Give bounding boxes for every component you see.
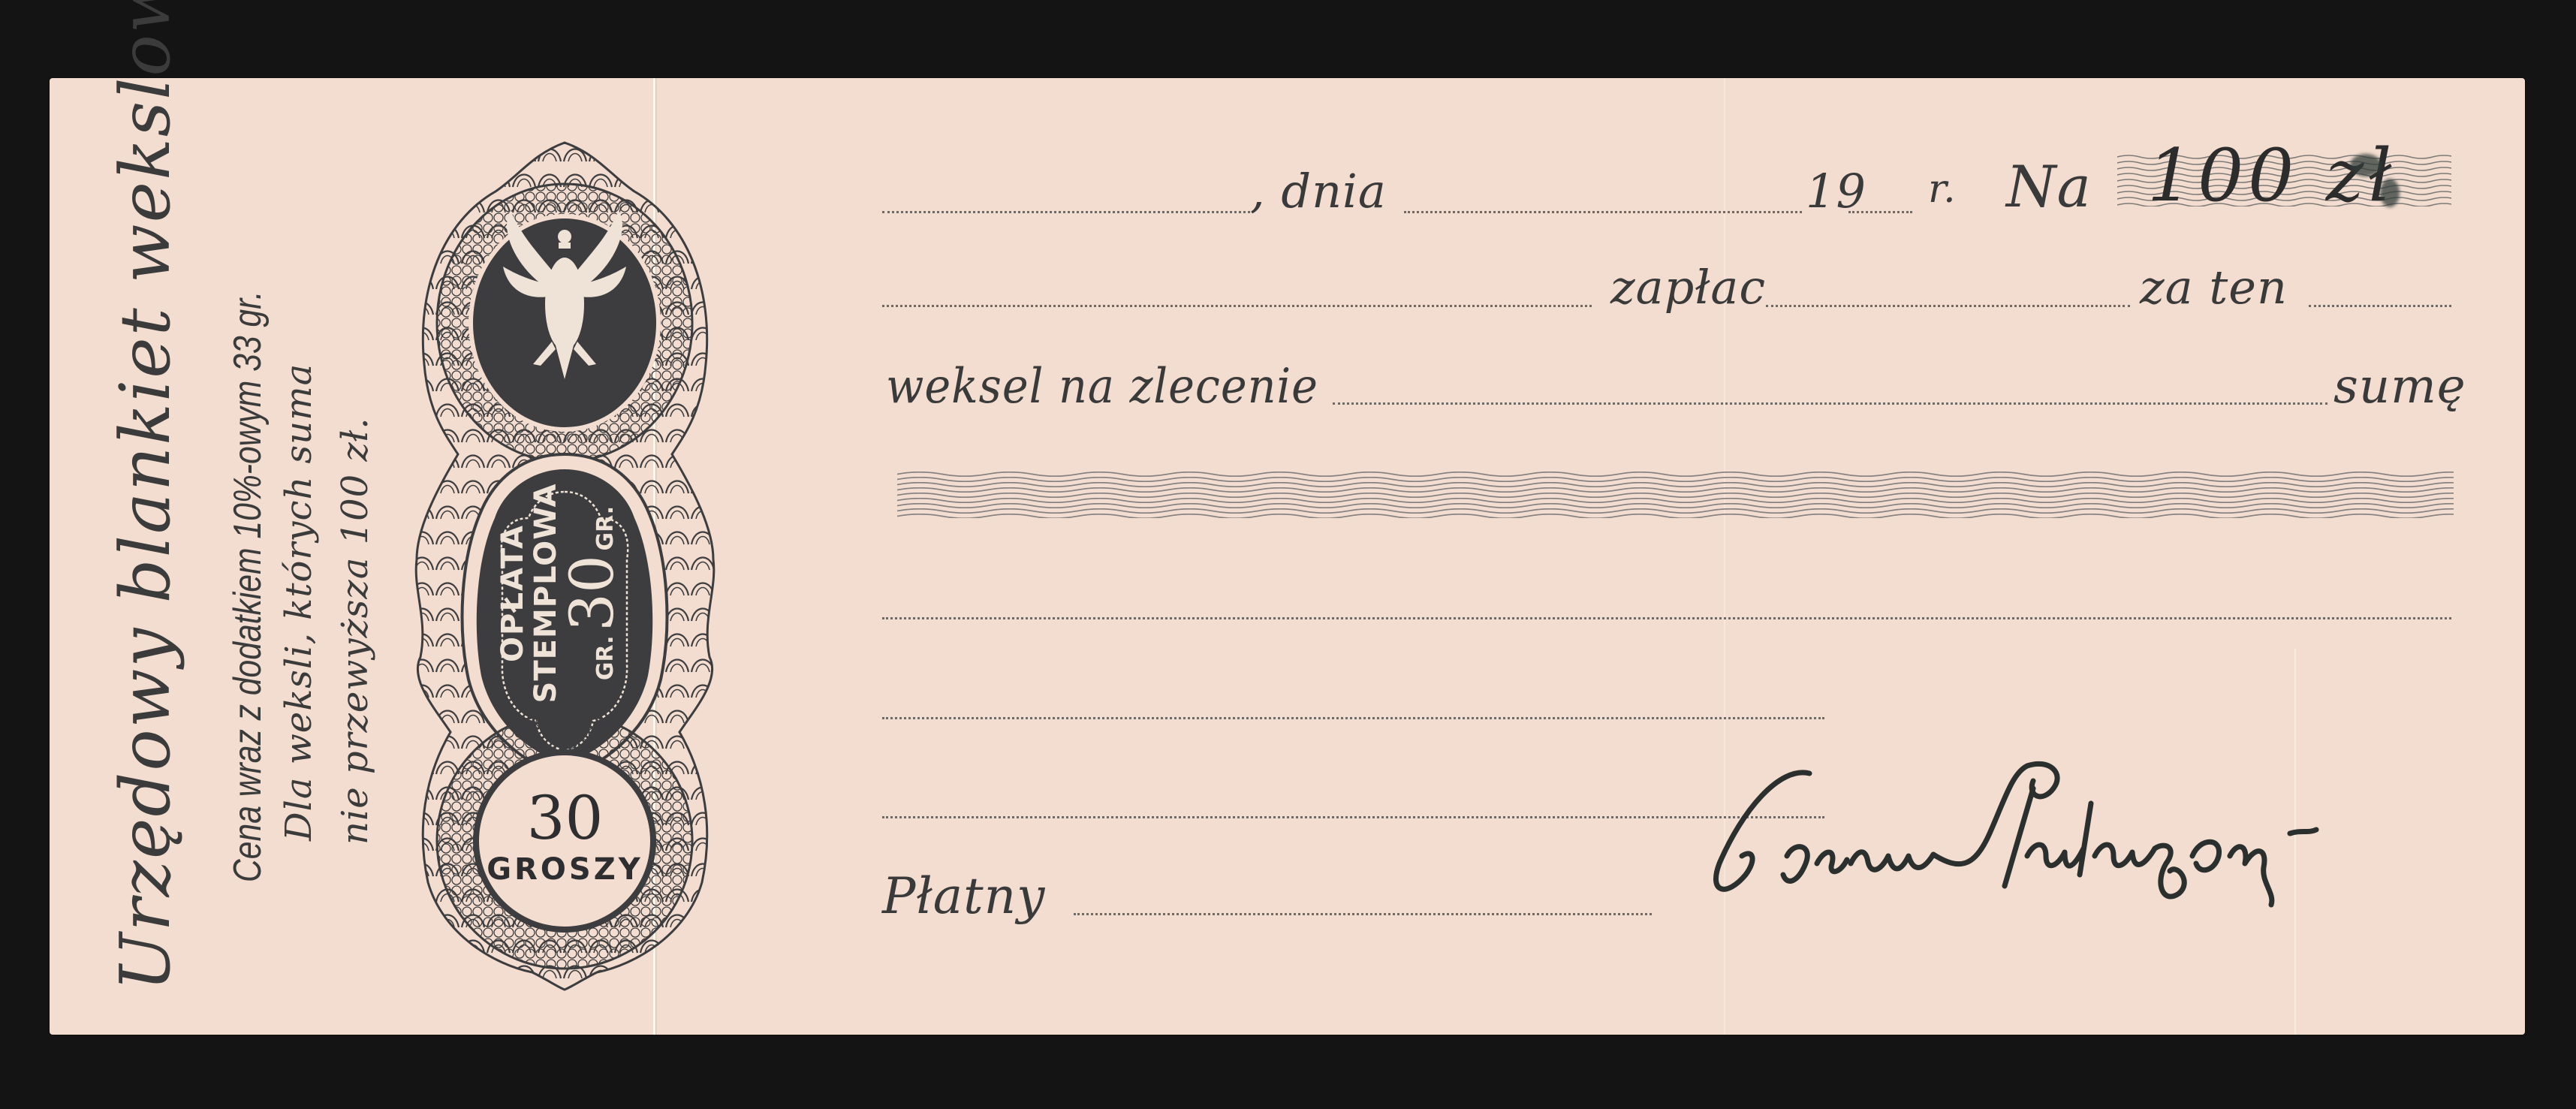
when-field[interactable] <box>882 305 1592 307</box>
stamp-fee-prefix: GR. <box>592 635 619 680</box>
drawee-line-1[interactable] <box>882 617 2451 619</box>
ink-blot <box>2350 154 2382 176</box>
signature <box>1674 743 2470 916</box>
payee-field[interactable] <box>1766 305 2130 307</box>
order-label: weksel na zlecenie <box>886 359 1318 414</box>
payable-field[interactable] <box>1074 913 1652 915</box>
revenue-stamp: OPŁATA STEMPLOWA GR. 30 GR. 30 GROSZY <box>409 139 721 991</box>
ink-blot <box>2380 179 2400 207</box>
price-note: Cena wraz z dodatkiem 10%-owym 33 gr. <box>225 291 270 882</box>
limit-note-line-2: nie przewyższa 100 zł. <box>334 417 376 845</box>
place-field[interactable] <box>882 211 1250 213</box>
order-field[interactable] <box>1333 402 2327 405</box>
year-suffix: r. <box>1928 167 1957 212</box>
dnia-label: , dnia <box>1250 164 1387 218</box>
stamp-fee-value: 30 <box>557 555 627 631</box>
stamp-denomination-unit: GROSZY <box>409 854 721 884</box>
limit-note-line-1: Dla weksli, których suma <box>278 363 320 841</box>
pay-label: zapłac <box>1610 260 1766 315</box>
drawee-line-2[interactable] <box>882 717 1824 719</box>
year-field[interactable] <box>1848 211 1912 213</box>
amount-in-words-field[interactable] <box>897 472 2454 518</box>
date-field[interactable] <box>1404 211 1802 213</box>
payable-label: Płatny <box>882 867 1045 925</box>
for-field[interactable] <box>2309 305 2451 307</box>
sum-label: sumę <box>2333 359 2466 414</box>
amount-label: Na <box>2006 153 2092 220</box>
stamp-fee-line-1: OPŁATA <box>498 469 528 717</box>
form-title: Urzędowy blankiet wekslowy <box>105 0 185 991</box>
stamp-denomination-value: 30 <box>409 788 721 848</box>
amount-value[interactable]: 100 zł <box>2147 134 2396 218</box>
for-label: za ten <box>2140 260 2288 315</box>
stamp-fee-suffix: GR. <box>592 506 619 551</box>
stamp-fee-line-2: STEMPLOWA <box>531 469 561 717</box>
